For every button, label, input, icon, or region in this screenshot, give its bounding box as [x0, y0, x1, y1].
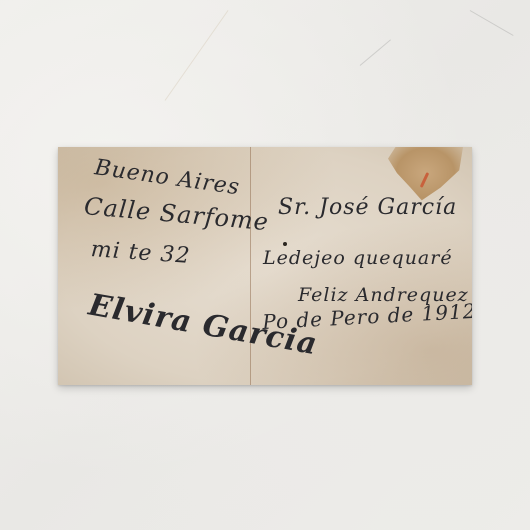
handwriting-line: Ledejeo quequaré: [263, 247, 453, 269]
marble-vein: [360, 39, 391, 65]
postcard-business-card: Bueno Aires Calle Sarfome mi te 32 Elvir…: [58, 147, 472, 385]
handwriting-line: Bueno Aires: [93, 155, 242, 200]
marble-vein: [470, 10, 514, 36]
handwriting-line: mi te 32: [90, 237, 191, 269]
ink-spot: [283, 242, 287, 246]
handwriting-line: Sr. José García: [278, 195, 457, 220]
handwriting-line: Calle Sarfome: [83, 192, 270, 236]
marble-vein: [165, 10, 229, 101]
handwriting-line: Po de Pero de 1912: [262, 299, 472, 334]
